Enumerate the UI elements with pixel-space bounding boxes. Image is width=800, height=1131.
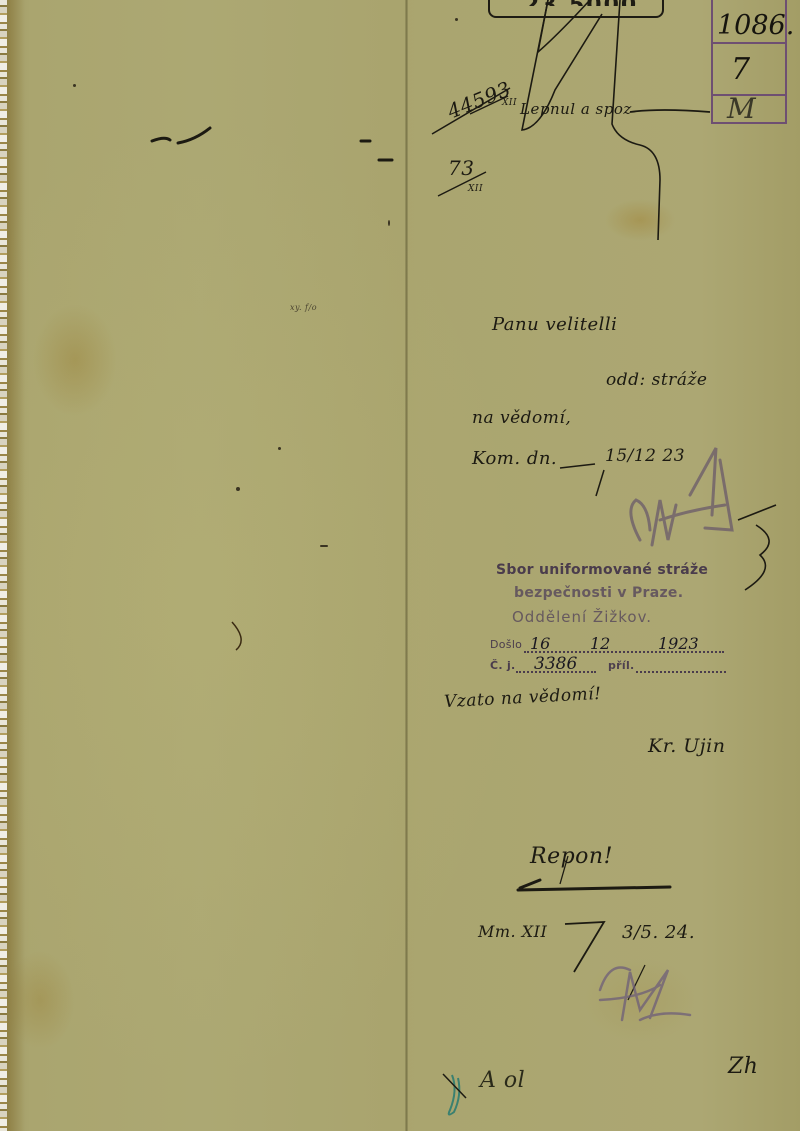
paper-speck — [236, 487, 240, 491]
paper-speck — [388, 220, 390, 226]
top-number-stamp: 23.5000 — [488, 0, 664, 18]
address-line-4-prefix: Kom. dn. — [472, 448, 557, 469]
ref-label: Č. j. — [490, 659, 516, 672]
stamp-line-3: Oddělení Žižkov. — [512, 608, 652, 626]
address-line-2: odd: stráže — [606, 370, 707, 390]
official-stamp: Sbor uniformované stráže bezpečnosti v P… — [490, 558, 730, 678]
closing-date: 3/5. 24. — [622, 922, 695, 943]
register-third: M — [727, 92, 756, 125]
address-line-3: na vědomí, — [472, 408, 571, 428]
top-stamp-number: 23.5000 — [524, 0, 638, 6]
small-pencil-mark: xy. f/o — [290, 303, 317, 312]
closing-prefix: Mm. XII — [478, 922, 547, 941]
bottom-right-initials: Zh — [728, 1054, 758, 1079]
reference-sub: XII — [502, 98, 517, 108]
edge-stain — [7, 0, 25, 1131]
received-label: Došlo — [490, 638, 522, 651]
register-second: 7 — [731, 52, 750, 87]
register-box: 1086. 7 M — [711, 0, 787, 124]
acknowledgement-text: Vzato na vědomí! — [444, 684, 602, 712]
closing-heading: Repon! — [530, 844, 613, 869]
paper-speck — [278, 447, 281, 450]
stamp-line-1: Sbor uniformované stráže — [496, 562, 708, 578]
document-page: 23.5000 1086. 7 M 44593 XII Lepnul a spo… — [0, 0, 800, 1131]
stamp-line-2: bezpečnosti v Praze. — [514, 585, 683, 601]
paper-speck — [455, 18, 458, 21]
received-month: 12 — [590, 634, 610, 653]
acknowledgement-signature: Kr. Ujin — [648, 735, 726, 757]
received-day: 16 — [530, 634, 550, 653]
top-note: Lepnul a spoz — [520, 100, 632, 118]
address-line-1: Panu velitelli — [492, 314, 617, 335]
paper-speck — [320, 545, 328, 547]
address-date: 15/12 23 — [605, 446, 685, 466]
ref-value: 3386 — [534, 654, 577, 674]
received-year: 1923 — [658, 634, 699, 653]
register-divider — [713, 42, 785, 44]
second-number: 73 — [448, 156, 474, 180]
paper-speck — [73, 84, 76, 87]
attachment-label: příl. — [608, 659, 635, 672]
center-fold-line — [405, 0, 408, 1131]
second-sub: XII — [468, 184, 483, 194]
bottom-left-initials: A ol — [480, 1068, 525, 1093]
scanner-edge-strip — [0, 0, 7, 1131]
register-number: 1086. — [717, 10, 794, 41]
attachment-dotted-line — [636, 671, 726, 673]
